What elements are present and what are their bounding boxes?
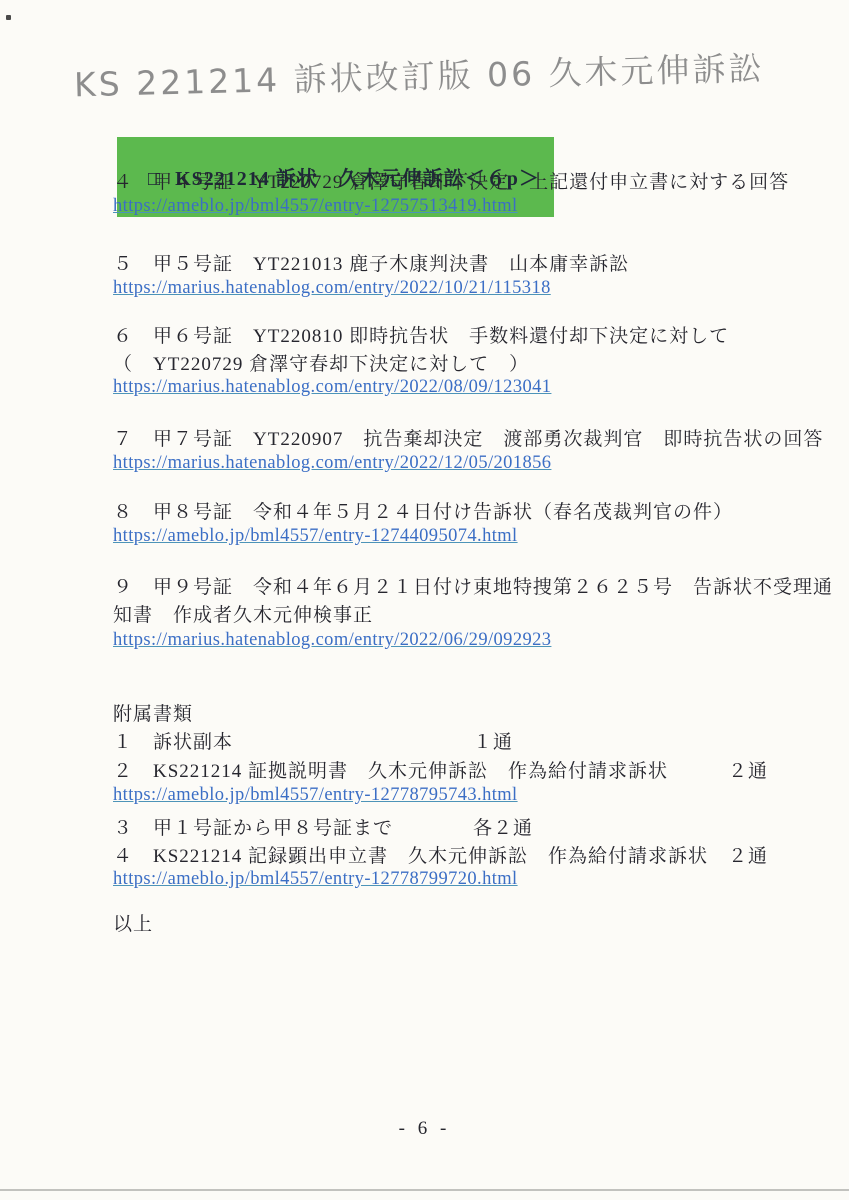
- evidence-item-9-continued: 知書 作成者久木元伸検事正: [113, 600, 373, 627]
- attachment-url-link-2[interactable]: https://ameblo.jp/bml4557/entry-12778795…: [113, 785, 518, 806]
- evidence-item-4: ４ 甲４号証 YT220729 倉澤守春却下決定 上記還付申立書に対する回答: [113, 167, 789, 194]
- evidence-item-9: ９ 甲９号証 令和４年６月２１日付け東地特捜第２６２５号 告訴状不受理通: [113, 572, 833, 599]
- scan-artifact-speck: [6, 15, 11, 20]
- evidence-item-6-note: （ YT220729 倉澤守春却下決定に対して ）: [113, 349, 529, 376]
- attachments-title: 附属書類: [113, 699, 193, 726]
- closing-statement: 以上: [113, 909, 153, 936]
- handwritten-note: KS 221214 訴状改訂版 06 久木元伸訴訟: [74, 45, 675, 107]
- evidence-url-link-9[interactable]: https://marius.hatenablog.com/entry/2022…: [113, 630, 551, 651]
- attachment-url-link-4[interactable]: https://ameblo.jp/bml4557/entry-12778799…: [113, 869, 518, 890]
- evidence-item-8: ８ 甲８号証 令和４年５月２４日付け告訴状（春名茂裁判官の件）: [113, 497, 733, 524]
- evidence-url-link-6[interactable]: https://marius.hatenablog.com/entry/2022…: [113, 377, 551, 398]
- page-number: - 6 -: [0, 1118, 849, 1140]
- evidence-item-6: ６ 甲６号証 YT220810 即時抗告状 手数料還付却下決定に対して: [113, 321, 729, 348]
- evidence-url-link-4[interactable]: https://ameblo.jp/bml4557/entry-12757513…: [113, 196, 518, 217]
- evidence-url-link-7[interactable]: https://marius.hatenablog.com/entry/2022…: [113, 453, 551, 474]
- evidence-item-7: ７ 甲７号証 YT220907 抗告棄却決定 渡部勇次裁判官 即時抗告状の回答: [113, 424, 823, 451]
- attachment-item-4: ４ KS221214 記録顕出申立書 久木元伸訴訟 作為給付請求訴状 ２通: [113, 841, 768, 868]
- scanned-document-page: KS 221214 訴状改訂版 06 久木元伸訴訟 □KS221214 訴状 久…: [0, 0, 849, 1200]
- evidence-url-link-8[interactable]: https://ameblo.jp/bml4557/entry-12744095…: [113, 526, 518, 547]
- attachment-item-1: １ 訴状副本 １通: [113, 727, 513, 754]
- attachment-item-2: ２ KS221214 証拠説明書 久木元伸訴訟 作為給付請求訴状 ２通: [113, 756, 768, 783]
- evidence-url-link-5[interactable]: https://marius.hatenablog.com/entry/2022…: [113, 278, 551, 299]
- scan-edge-line: [0, 1189, 849, 1191]
- evidence-item-5: ５ 甲５号証 YT221013 鹿子木康判決書 山本庸幸訴訟: [113, 249, 629, 276]
- attachment-item-3: ３ 甲１号証から甲８号証まで 各２通: [113, 813, 533, 840]
